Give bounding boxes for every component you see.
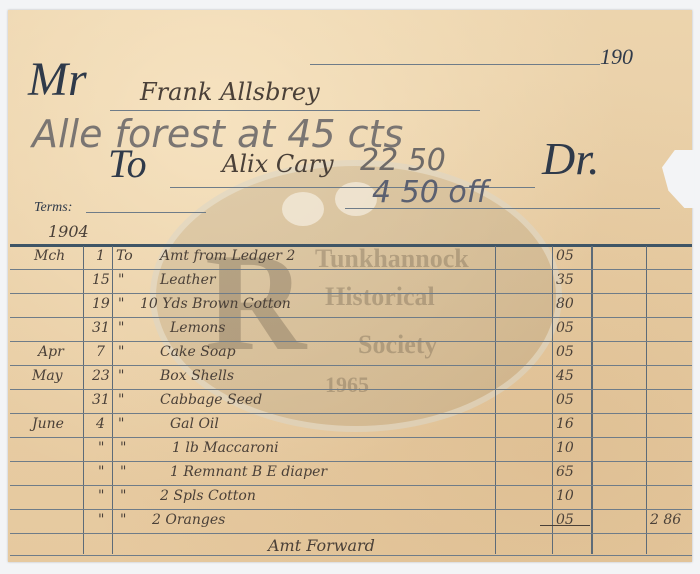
ledger-row: 31 " Lemons 05 — [10, 318, 694, 342]
ledger-row: Mch 1 To Amt from Ledger 2 05 — [10, 246, 694, 270]
row-day: " — [98, 464, 104, 480]
row-amount: 10 — [556, 440, 574, 456]
row-prefix: To — [116, 248, 133, 264]
row-item: 2 Oranges — [152, 512, 225, 528]
ledger-row: " " 2 Oranges 05 2 86 — [10, 510, 694, 534]
row-item: Leather — [160, 272, 216, 288]
row-prefix: " — [118, 416, 124, 432]
pencil-amount: 22 50 — [360, 143, 446, 178]
row-month: June — [32, 416, 64, 432]
customer-name: Frank Allsbrey — [140, 78, 320, 106]
watermark-flower-icon — [282, 192, 324, 226]
row-amount: 10 — [556, 488, 574, 504]
ledger-row: 15 " Leather 35 — [10, 270, 694, 294]
row-prefix: " — [118, 296, 124, 312]
year-prefix: 190 — [600, 44, 633, 70]
mr-label: Mr — [28, 52, 87, 107]
terms-line — [86, 212, 206, 213]
name-line — [110, 110, 480, 111]
row-item: 2 Spls Cotton — [160, 488, 256, 504]
ledger-row: 31 " Cabbage Seed 05 — [10, 390, 694, 414]
ledger-row: May 23 " Box Shells 45 — [10, 366, 694, 390]
row-amount: 45 — [556, 368, 574, 384]
row-item: 10 Yds Brown Cotton — [140, 296, 291, 312]
row-day: 7 — [96, 344, 105, 360]
row-day: " — [98, 488, 104, 504]
pencil-discount: 4 50 off — [372, 175, 488, 210]
torn-edge — [662, 150, 694, 208]
row-item: Box Shells — [160, 368, 234, 384]
row-prefix: " — [120, 512, 126, 528]
row-day: 19 — [92, 296, 110, 312]
pencil-note: Alle forest at 45 cts — [32, 112, 403, 156]
row-amount: 80 — [556, 296, 574, 312]
row-day: " — [98, 512, 104, 528]
row-item: Cabbage Seed — [160, 392, 262, 408]
amount-forward-label: Amt Forward — [268, 536, 375, 555]
row-prefix: " — [118, 392, 124, 408]
row-prefix: " — [118, 368, 124, 384]
row-month: Apr — [38, 344, 64, 360]
ledger-row: June 4 " Gal Oil 16 — [10, 414, 694, 438]
row-prefix: " — [120, 464, 126, 480]
row-prefix: " — [118, 344, 124, 360]
row-item: 1 Remnant B E diaper — [170, 464, 327, 480]
row-amount: 65 — [556, 464, 574, 480]
row-day: 1 — [96, 248, 105, 264]
ledger-row: " " 1 Remnant B E diaper 65 — [10, 462, 694, 486]
row-amount: 05 — [556, 320, 574, 336]
ledger-year: 1904 — [48, 222, 89, 241]
row-month: Mch — [34, 248, 65, 264]
date-line — [310, 64, 600, 65]
row-amount: 05 — [556, 392, 574, 408]
row-prefix: " — [118, 320, 124, 336]
row-amount: 16 — [556, 416, 574, 432]
row-item: Lemons — [170, 320, 226, 336]
row-item: Gal Oil — [170, 416, 219, 432]
row-day: 31 — [92, 392, 110, 408]
row-day: 15 — [92, 272, 110, 288]
row-day: 4 — [96, 416, 105, 432]
terms-label: Terms: — [34, 200, 72, 216]
ledger-bottom-rule — [10, 555, 692, 556]
row-day: 31 — [92, 320, 110, 336]
row-amount: 05 — [556, 344, 574, 360]
row-prefix: " — [120, 440, 126, 456]
ledger-row: " " 1 lb Maccaroni 10 — [10, 438, 694, 462]
row-prefix: " — [120, 488, 126, 504]
row-month: May — [32, 368, 63, 384]
ledger-table: Mch 1 To Amt from Ledger 2 05 15 " Leath… — [10, 246, 692, 556]
row-amount: 05 — [556, 248, 574, 264]
row-day: " — [98, 440, 104, 456]
dr-label: Dr. — [542, 132, 600, 185]
row-prefix: " — [118, 272, 124, 288]
ledger-total: 2 86 — [650, 512, 681, 528]
merchant-name: Alix Cary — [222, 150, 334, 178]
to-label: To — [108, 140, 147, 187]
ledger-row: 19 " 10 Yds Brown Cotton 80 — [10, 294, 694, 318]
terms-line-right — [345, 208, 660, 209]
row-item: Amt from Ledger 2 — [160, 248, 295, 264]
row-amount: 35 — [556, 272, 574, 288]
row-item: Cake Soap — [160, 344, 236, 360]
ledger-row: Apr 7 " Cake Soap 05 — [10, 342, 694, 366]
row-item: 1 lb Maccaroni — [172, 440, 279, 456]
row-day: 23 — [92, 368, 110, 384]
ledger-row: " " 2 Spls Cotton 10 — [10, 486, 694, 510]
